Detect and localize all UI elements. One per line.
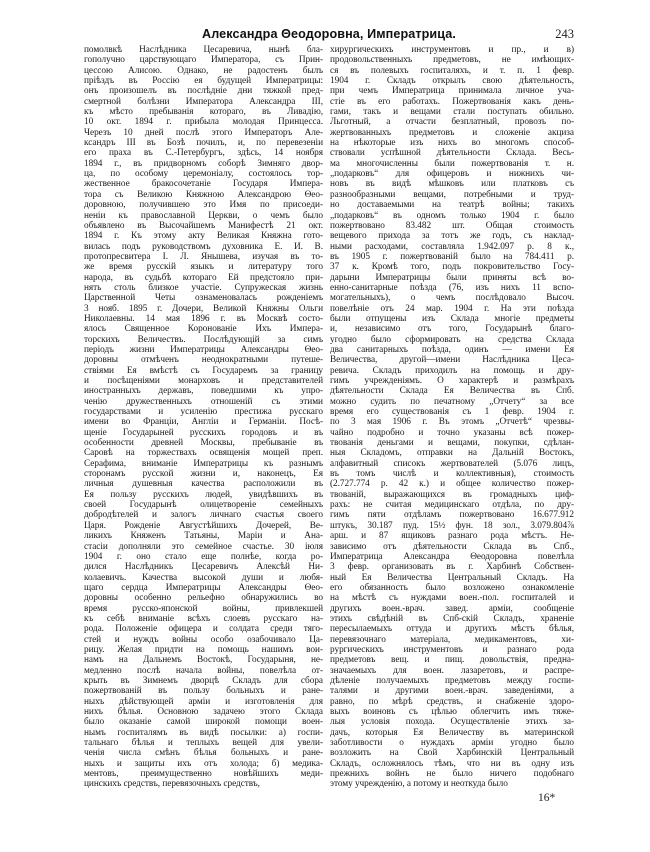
- text-line: енно-санитарные поѣзда (76, изъ нихъ 11 …: [330, 283, 574, 293]
- text-line: стасіи дополняли это семейное счастье. 3…: [84, 542, 323, 552]
- text-line: лыя условія похода. Осуществленіе этихъ …: [330, 717, 574, 727]
- text-line: неніи къ православной Церкви, о чемъ был…: [84, 211, 323, 221]
- text-line: намъ на Дальнемъ Востокѣ, Государыня, не…: [84, 655, 323, 665]
- text-line: были отпущены изъ Склада многіе предметы: [330, 314, 574, 324]
- text-line: ными расходами, составляла 1.942.097 р. …: [330, 242, 574, 252]
- text-line: Царственной Четы ознаменовалась рожденіе…: [84, 293, 323, 303]
- text-line: народа, въ судьбѣ котораго Ей предстояло…: [84, 273, 323, 283]
- text-line: стей и нуждъ войны особо озабочивало Ца-: [84, 635, 323, 645]
- text-line: но доставаемыми на театрѣ войны; такихъ: [330, 200, 574, 210]
- text-line: жертвованныхъ предметовъ и сложеніе акци…: [330, 128, 574, 138]
- text-line: Царя. Рожденіе Августѣйшихъ Дочерей, Ве-: [84, 521, 323, 531]
- text-line: 1894 г., въ придворномъ соборѣ Зимняго д…: [84, 159, 323, 169]
- text-line: его обязанность было возложено ознакомле…: [330, 583, 574, 593]
- text-line: при чемъ Императрица принимала личное уч…: [330, 86, 574, 96]
- text-line: возложить на Свой Харбинскій Центральный: [330, 748, 574, 758]
- text-line: объявлено въ Высочайшемъ Манифестѣ 21 ок…: [84, 221, 323, 231]
- text-line: зависимо отъ дѣятельности Склада въ Спб.…: [330, 542, 574, 552]
- text-line: доровны особенно рельефно обнаружились в…: [84, 593, 323, 603]
- text-line: нихъ бѣлья. Основною задачею этого Склад…: [84, 707, 323, 717]
- text-line: рода. Положеніе офицера и солдата среди …: [84, 624, 323, 634]
- text-line: 1904 г. оно стало еще полнѣе, когда ро-: [84, 552, 323, 562]
- text-line: Николаевны. 14 мая 1896 г. въ Москвѣ сос…: [84, 314, 323, 324]
- text-line: къ мѣсто пребыванія котораго, въ Ливадію…: [84, 107, 323, 117]
- text-line: своей Государынѣ олицетвореніе семейныхъ: [84, 500, 323, 510]
- text-line: время его существованія съ 1 февр. 1904 …: [330, 407, 574, 417]
- text-line: равно, по мѣрѣ средствъ, и снабженіе здо…: [330, 697, 574, 707]
- text-line: щеніе Государыней русскихъ городовъ и въ: [84, 428, 323, 438]
- text-line: же время русскій языкъ и литературу того: [84, 262, 323, 272]
- text-line: 37 к. Кромѣ того, подъ покровительство Г…: [330, 262, 574, 272]
- text-line: къ себѣ вниманіе всѣхъ слоевъ русскаго н…: [84, 614, 323, 624]
- text-line: протопресвитера І. Л. Янышева, изучая въ…: [84, 252, 323, 262]
- text-line: доровны отмѣченъ неоднократными путеше-: [84, 355, 323, 365]
- text-line: и, независимо отъ того, Государынѣ благо…: [330, 324, 574, 334]
- text-line: можно судить по печатному „Отчету“ за вс…: [330, 397, 574, 407]
- text-line: арш. и 87 ящиковъ разнаго рода мѣстъ. Не…: [330, 531, 574, 541]
- text-line: могательныхъ), о чемъ послѣдовало Высоч.: [330, 293, 574, 303]
- text-line: угодно было сформировать на средства Скл…: [330, 335, 574, 345]
- text-line: Складъ, осложнялось тѣмъ, что ни въ одну…: [330, 759, 574, 769]
- printer-signature-mark: 16*: [538, 792, 555, 804]
- text-line: вещевого прихода за тотъ же годъ, съ нак…: [330, 231, 574, 241]
- text-line: гимъ учрежденіямъ. О характерѣ и размѣра…: [330, 376, 574, 386]
- text-line: ревича. Складъ приходилъ на помощь и дру…: [330, 366, 574, 376]
- text-line: ствіями Ея вмѣстѣ съ Государемъ за грани…: [84, 366, 323, 376]
- text-line: гимъ пяти отдѣламъ пожертвовано 16.677.9…: [330, 510, 574, 520]
- page-header: Александра Θеодоровна, Императрица. 243: [84, 27, 574, 43]
- text-line: Черезъ 10 дней послѣ этого Императоръ Ал…: [84, 128, 323, 138]
- text-line: имени во Франціи, Англіи и Германіи. Пос…: [84, 417, 323, 427]
- text-line: рургическихъ инструментовъ и разнаго род…: [330, 645, 574, 655]
- text-line: въ томъ числѣ и коллективныя), стоимость: [330, 469, 574, 479]
- text-line: колаевичъ. Качества высокой души и любя-: [84, 573, 323, 583]
- text-line: „подарковъ“ въ одномъ только 1904 г. был…: [330, 211, 574, 221]
- text-line: ца, по особому церемоніалу, состоялось т…: [84, 169, 323, 179]
- text-line: ный Ея Величества Центральный Складъ. На: [330, 573, 574, 583]
- text-line: дарыни Императрицы были приняты всѣ во-: [330, 273, 574, 283]
- text-line: пересылаемыхъ оттуда и другихъ мѣстъ бѣл…: [330, 624, 574, 634]
- text-line: дился Наслѣдникъ Цесаревичъ Алексѣй Ни-: [84, 562, 323, 572]
- text-line: Серафима, вниманіе Императрицы къ разным…: [84, 459, 323, 469]
- text-line: твованія деньгами и вещами, покупки, сдѣ…: [330, 438, 574, 448]
- text-line: по 3 мая 1906 г. Въ этомъ „Отчетѣ“ чрезв…: [330, 417, 574, 427]
- text-line: и посѣщеніями монарховъ и представителей: [84, 376, 323, 386]
- text-line: выхъ воиновъ съ цѣлью облегчить имъ тяже…: [330, 707, 574, 717]
- text-line: Льготный, а отчасти безплатный, провозъ …: [330, 117, 574, 127]
- text-line: этихъ свѣдѣній въ Спб-скій Складъ, хране…: [330, 614, 574, 624]
- text-line: цинскихъ средствъ, перевязочныхъ средств…: [84, 779, 323, 789]
- text-line: хирургическихъ инструментовъ и пр., и в): [330, 45, 574, 55]
- text-line: 1894 г. Къ этому акту Великая Княжна гот…: [84, 231, 323, 241]
- text-line: періодъ жизни Императрицы Александры Θео…: [84, 345, 323, 355]
- text-line: рахъ: не считая медицинскаго отдѣла, по …: [330, 500, 574, 510]
- text-line: ма многочисленны были пожертвованія т. н…: [330, 159, 574, 169]
- text-line: добродѣтелей и залогъ личнаго счастья св…: [84, 510, 323, 520]
- text-line: новъ въ видѣ мѣшковъ или платковъ съ: [330, 179, 574, 189]
- text-line: стіе въ его работахъ. Пожертвованія какъ…: [330, 97, 574, 107]
- text-line: ныхъ и защиты ихъ отъ холода; б) медика-: [84, 759, 323, 769]
- text-line: разнообразными вещами, потребными и труд…: [330, 190, 574, 200]
- page-number: 243: [555, 27, 574, 42]
- text-line: государствами и усиленію престижа русска…: [84, 407, 323, 417]
- text-line: продовольственныхъ предметовъ, не имѣющи…: [330, 55, 574, 65]
- text-line: ченію дружественныхъ отношеній съ этими: [84, 397, 323, 407]
- text-line: медленно послѣ начала войны, повелѣла от…: [84, 666, 323, 676]
- text-line: значаемыхъ для воен. лазаретовъ, и распр…: [330, 666, 574, 676]
- text-line: штукъ, 30.187 пуд. 15½ фун. 18 зол., 3.0…: [330, 521, 574, 531]
- text-line: его праха въ С.-Петербургъ, здѣсь, 14 но…: [84, 148, 323, 158]
- text-line: Ея пользу русскихъ людей, увидѣвшихъ въ: [84, 490, 323, 500]
- text-line: предметовъ вещ. и пищ. довольствія, пред…: [330, 655, 574, 665]
- text-line: ликихъ Княженъ Татьяны, Маріи и Ана-: [84, 531, 323, 541]
- text-line: „подарковъ“ для офицеровъ и нижнихъ чи-: [330, 169, 574, 179]
- text-line: было оказаніе самой широкой помощи воен-: [84, 717, 323, 727]
- text-line: твованій, выражающихся въ громадныхъ циф…: [330, 490, 574, 500]
- text-line: прежнихъ войнъ не было ничего подобнаго: [330, 769, 574, 779]
- text-line: въ 1905 г. пожертвованій было на 784.411…: [330, 252, 574, 262]
- left-column: помолвкѣ Наслѣдника Цесаревича, нынѣ бла…: [84, 45, 323, 790]
- text-line: 1904 г. Складъ открылъ свою дѣятельность…: [330, 76, 574, 86]
- text-line: перевязочнаго матеріала, медикаментовъ, …: [330, 635, 574, 645]
- text-line: дачъ, которыя Ея Величеству въ материнск…: [330, 728, 574, 738]
- text-line: вилась подъ руководствомъ духовника Е. И…: [84, 242, 323, 252]
- text-line: смертной болѣзни Императора Александра I…: [84, 97, 323, 107]
- text-line: рицу. Желая придти на помощь нашимъ вои-: [84, 645, 323, 655]
- text-line: ныхъ дѣйствующей арміи и изготовленія дл…: [84, 697, 323, 707]
- text-line: ся въ полевыхъ госпиталяхъ, и т. п. 1 фе…: [330, 66, 574, 76]
- text-line: чайно подробно и точно указаны всѣ пожер…: [330, 428, 574, 438]
- text-line: ялось Священное Коронованіе Ихъ Импера-: [84, 324, 323, 334]
- text-line: цессою Алисою. Однако, не радостенъ былъ: [84, 66, 323, 76]
- text-line: Саровѣ на торжествахъ освященія мощей пр…: [84, 448, 323, 458]
- text-line: иностранныхъ державъ, поведшими къ упро-: [84, 386, 323, 396]
- text-line: два санитарныхъ поѣзда, одинъ — имени Ея: [330, 345, 574, 355]
- running-title: Александра Θеодоровна, Императрица.: [169, 27, 489, 41]
- text-line: Императрица Александра Θеодоровна повелѣ…: [330, 552, 574, 562]
- text-line: нять столь близкое участіе. Супружеская …: [84, 283, 323, 293]
- text-line: (2.727.774 р. 42 к.) и общее количество …: [330, 479, 574, 489]
- text-line: Величества, другой—имени Наслѣдника Цеса…: [330, 355, 574, 365]
- text-line: гополучно царствующаго Императора, съ Пр…: [84, 55, 323, 65]
- text-line: дѣленіе получаемыхъ предметовъ между гос…: [330, 676, 574, 686]
- text-line: заботливости о нуждахъ арміи угодно было: [330, 738, 574, 748]
- text-line: гами, такъ и вещами стали поступать обил…: [330, 107, 574, 117]
- text-line: талями и другими воен.-врач. заведеніями…: [330, 686, 574, 696]
- text-line: 3 февр. организовать въ г. Харбинѣ Собст…: [330, 562, 574, 572]
- text-line: личныя душевныя качества расположили въ: [84, 479, 323, 489]
- text-line: на мѣстѣ съ нуждами воен.-пол. госпитале…: [330, 593, 574, 603]
- text-line: торскихъ Величествъ. Послѣдующій за симъ: [84, 335, 323, 345]
- text-line: ствовали успѣшной дѣятельности Склада. В…: [330, 148, 574, 158]
- text-line: тора съ Великою Княжною Александрою Θео-: [84, 190, 323, 200]
- text-line: время русско-японской войны, привлекшей: [84, 604, 323, 614]
- text-line: этому учрежденію, а потому и неоткуда бы…: [330, 779, 574, 789]
- text-line: 10 окт. 1894 г. прибыла молодая Принцесс…: [84, 117, 323, 127]
- text-line: жественное бракосочетаніе Государя Импер…: [84, 179, 323, 189]
- text-line: нымъ госпиталямъ въ видѣ посылки: а) гос…: [84, 728, 323, 738]
- text-line: 3 нояб. 1895 г. Дочери, Великой Княжны О…: [84, 304, 323, 314]
- text-line: доровною, получившею это Имя по присоеди…: [84, 200, 323, 210]
- text-line: щаго сердца Императрицы Александры Θео-: [84, 583, 323, 593]
- text-line: на нѣкоторые изъ нихъ во многомъ способ-: [330, 138, 574, 148]
- text-line: ченія числа смѣнъ бѣлья больныхъ и ране-: [84, 748, 323, 758]
- text-line: онъ произошелъ въ послѣдніе дни тяжкой п…: [84, 86, 323, 96]
- text-line: ныя Складомъ, отправки на Дальній Восток…: [330, 448, 574, 458]
- text-line: алфавитный списокъ жертвователей (5.076 …: [330, 459, 574, 469]
- text-line: ксандръ III въ Бозѣ почилъ, и, по переве…: [84, 138, 323, 148]
- text-line: сторонамъ русской жизни и, наконецъ, Ея: [84, 469, 323, 479]
- text-line: пріѣздъ въ Россію ея будущей Императрицы…: [84, 76, 323, 86]
- text-line: пожертвованій въ пользу больныхъ и ране-: [84, 686, 323, 696]
- text-line: помолвкѣ Наслѣдника Цесаревича, нынѣ бла…: [84, 45, 323, 55]
- text-line: другихъ воен.-врач. завед. арміи, сообще…: [330, 604, 574, 614]
- text-line: тальнаго бѣлья и теплыхъ вещей для увели…: [84, 738, 323, 748]
- right-column: хирургическихъ инструментовъ и пр., и в)…: [330, 45, 574, 790]
- text-line: повелѣніе отъ 24 мар. 1904 г. На эти поѣ…: [330, 304, 574, 314]
- text-line: крыть въ Зимнемъ дворцѣ Складъ для сбора: [84, 676, 323, 686]
- text-line: особенности древней Москвы, пребываніе в…: [84, 438, 323, 448]
- text-line: ментовъ, преимущественно новѣйшихъ меди-: [84, 769, 323, 779]
- text-line: пожертвовано 83.482 шт. Общая стоимость: [330, 221, 574, 231]
- text-line: дѣятельности Склада Ея Величества въ Спб…: [330, 386, 574, 396]
